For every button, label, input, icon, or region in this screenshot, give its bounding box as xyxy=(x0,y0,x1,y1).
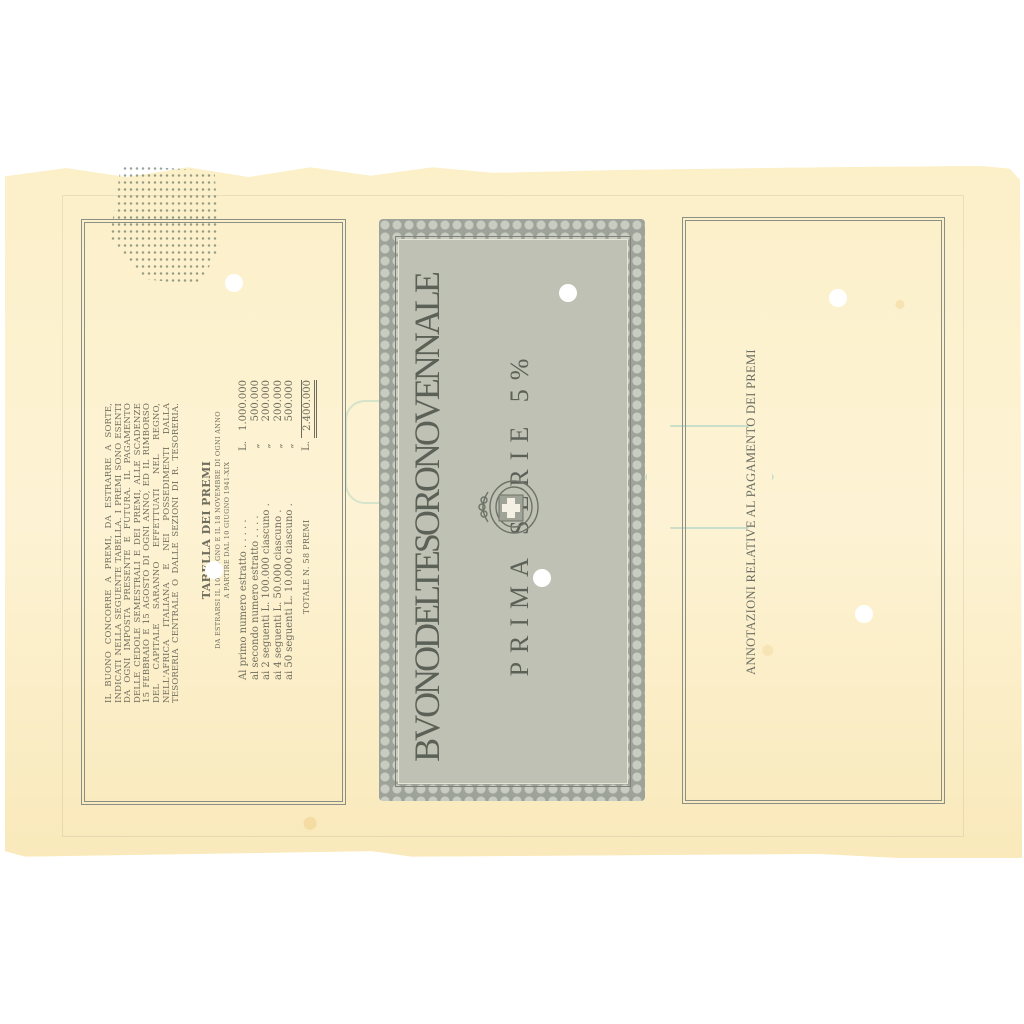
prize-amount: 200.000 xyxy=(273,380,285,438)
prize-total-amount: 2.400.000 xyxy=(301,380,317,438)
bond-title: BVONODELTESORONOVENNALE xyxy=(407,253,447,783)
prize-row: al secondo numero estratto . . . . „ 500… xyxy=(250,380,262,680)
prize-amount: 500.000 xyxy=(250,380,262,438)
prize-row: Al primo numero estratto . . . . . L. 1.… xyxy=(238,380,250,680)
prize-currency: „ xyxy=(273,438,285,454)
prize-row: ai 2 seguenti L. 100.000 ciascuno . „ 20… xyxy=(261,380,273,680)
punch-hole xyxy=(533,569,551,587)
prize-row: ai 50 seguenti L. 10.000 ciascuno . „ 50… xyxy=(284,380,296,680)
annotations-heading: ANNOTAZIONI RELATIVE AL PAGAMENTO DEI PR… xyxy=(744,312,764,712)
prize-total-row: TOTALE N. 58 PREMI L. 2.400.000 xyxy=(301,380,317,680)
annotations-box xyxy=(685,220,942,801)
prize-currency: „ xyxy=(250,438,262,454)
punch-hole xyxy=(205,561,223,579)
prize-table-title: TABELLA DEI PREMI xyxy=(200,380,214,680)
punch-hole xyxy=(855,605,873,623)
prize-amount: 200.000 xyxy=(261,380,273,438)
prize-label: ai 50 seguenti L. 10.000 ciascuno . xyxy=(284,454,296,680)
coat-of-arms-icon xyxy=(474,470,548,544)
prize-label: ai 2 seguenti L. 100.000 ciascuno . xyxy=(261,454,273,680)
prize-currency: L. xyxy=(238,438,250,454)
prize-total-label: TOTALE N. 58 PREMI xyxy=(301,454,317,680)
prize-total-currency: L. xyxy=(301,438,317,454)
prize-label: ai 4 seguenti L. 50.000 ciascuno . xyxy=(273,454,285,680)
prize-table: TABELLA DEI PREMI DA ESTRARSI IL 10 GIUG… xyxy=(200,380,330,680)
prize-table-subtitle: A PARTIRE DAL 10 GIUGNO 1941-XIX xyxy=(223,380,232,680)
prize-amount: 500.000 xyxy=(284,380,296,438)
prize-amount: 1.000.000 xyxy=(238,380,250,438)
punch-hole xyxy=(225,274,243,292)
prize-currency: „ xyxy=(284,438,296,454)
prize-currency: „ xyxy=(261,438,273,454)
prize-label: Al primo numero estratto . . . . . xyxy=(238,454,250,680)
punch-hole xyxy=(829,289,847,307)
terms-notice: IL BUONO CONCORRE A PREMI, DA ESTRARRE A… xyxy=(105,403,203,703)
prize-table-subtitle: DA ESTRARSI IL 10 GIUGNO E IL 18 NOVEMBR… xyxy=(214,380,223,680)
punch-hole xyxy=(559,284,577,302)
prize-label: al secondo numero estratto . . . . xyxy=(250,454,262,680)
prize-row: ai 4 seguenti L. 50.000 ciascuno . „ 200… xyxy=(273,380,285,680)
